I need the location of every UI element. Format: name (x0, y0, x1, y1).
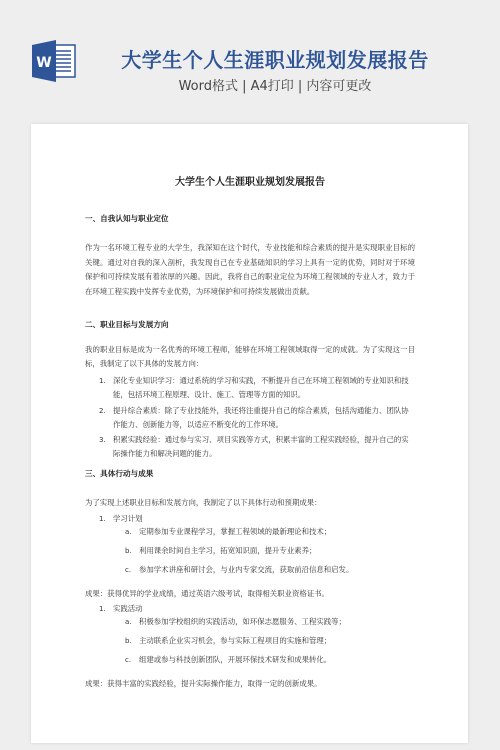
plan-item-practice: 1. 实践活动 (99, 602, 415, 616)
banner-title: 大学生个人生涯职业规划发展报告 (120, 44, 430, 73)
section-heading-3: 三、具体行动与成果 (85, 467, 153, 481)
plan-result-study: 成果：获得优异的学业成绩，通过英语六级考试，取得相关职业资格证书。 (85, 587, 415, 601)
section-paragraph-2: 我的职业目标是成为一名优秀的环境工程师，能够在环境工程领域取得一定的成就。为了实… (85, 343, 415, 371)
sub-list-item: a. 积极参加学校组织的实践活动，如环保志愿服务、工程实践等； (125, 615, 415, 629)
sub-list-item: b. 主动联系企业实习机会，参与实际工程项目的实施和管理； (125, 634, 415, 648)
document-page: 大学生个人生涯职业规划发展报告 一、自我认知与职业定位 作为一名环境工程专业的大… (31, 124, 468, 743)
section-paragraph-1: 作为一名环境工程专业的大学生，我深知在这个时代，专业技能和综合素质的提升是实现职… (85, 241, 415, 299)
word-icon: W (32, 40, 76, 82)
svg-text:W: W (36, 55, 51, 71)
section-heading-2: 二、职业目标与发展方向 (85, 318, 169, 332)
section-heading-1: 一、自我认知与职业定位 (85, 212, 169, 226)
sub-list-item: c. 组建或参与科技创新团队，开展环保技术研发和成果转化。 (125, 653, 415, 667)
list-item: 2. 提升综合素质：除了专业技能外，我还将注重提升自己的综合素质，包括沟通能力、… (99, 404, 415, 432)
sub-list-item: c. 参加学术讲座和研讨会，与业内专家交流，获取前沿信息和启发。 (125, 563, 415, 577)
list-item: 1. 深化专业知识学习：通过系统的学习和实践，不断提升自己在环境工程领域的专业知… (99, 374, 415, 402)
plan-item-study: 1. 学习计划 (99, 512, 415, 526)
plan-result-practice: 成果：获得丰富的实践经验，提升实际操作能力，取得一定的创新成果。 (85, 677, 415, 691)
sub-list-item: b. 利用课余时间自主学习，拓宽知识面，提升专业素养； (125, 544, 415, 558)
banner: W 大学生个人生涯职业规划发展报告 Word格式 | A4打印 | 内容可更改 (0, 0, 500, 110)
section-paragraph-3: 为了实现上述职业目标和发展方向，我制定了以下具体行动和预期成果： (85, 496, 415, 510)
sub-list-item: a. 定期参加专业课程学习，掌握工程领域的最新理论和技术； (125, 525, 415, 539)
document-title: 大学生个人生涯职业规划发展报告 (85, 176, 415, 190)
banner-subtitle: Word格式 | A4打印 | 内容可更改 (120, 75, 430, 94)
list-item: 3. 积累实践经验：通过参与实习、项目实践等方式，积累丰富的工程实践经验，提升自… (99, 433, 415, 461)
